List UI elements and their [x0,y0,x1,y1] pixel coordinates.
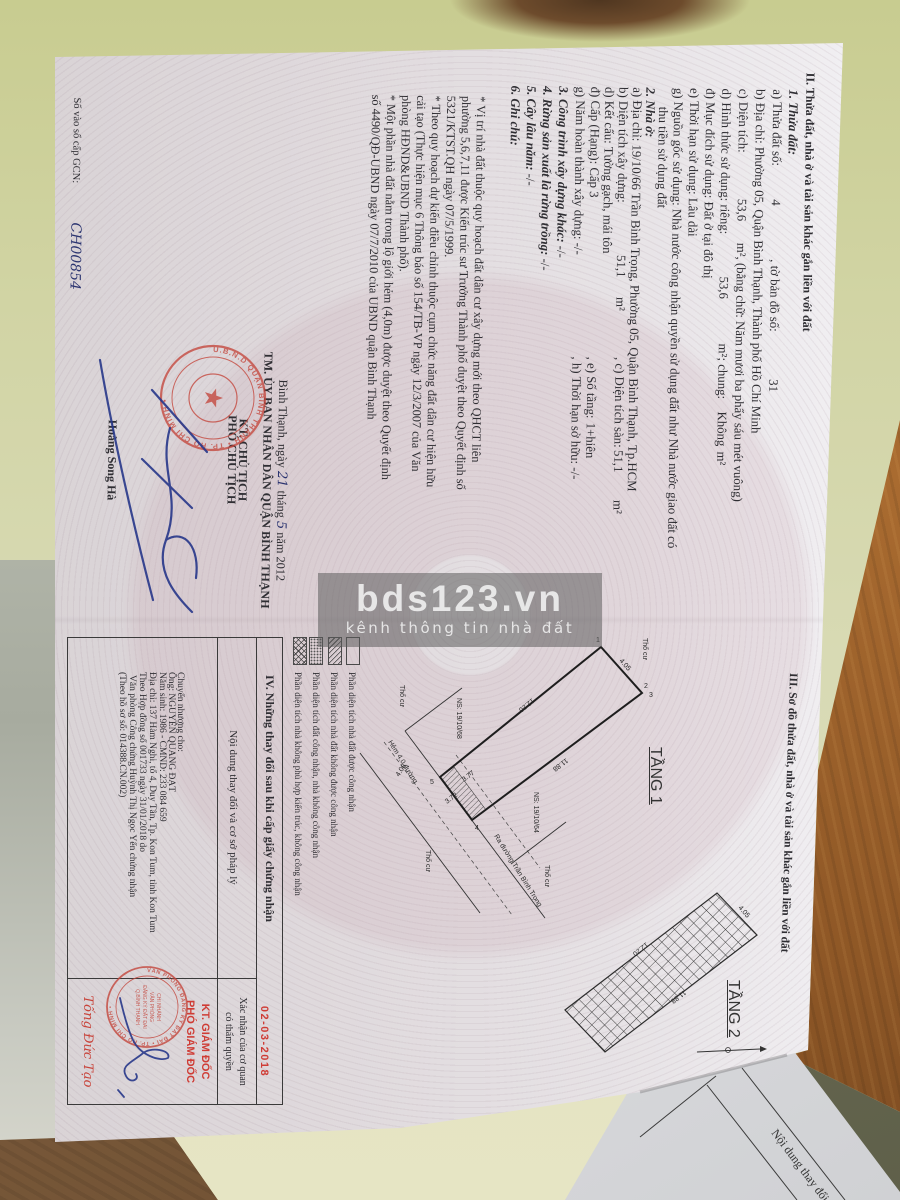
grade-row: đ) Cấp (Hạng): Cấp 3 [586,87,603,198]
issue-day: 21 [274,471,289,488]
planted-forest-value: -/- [538,258,552,270]
column-header-content: Nội dung thay đổi và cơ sở pháp lý [226,637,240,978]
house-address-label: a) Địa chỉ: [630,87,645,141]
origin-value: Nhà nước công nhận quyền sử dụng đất như… [665,209,684,549]
section-iv-title: IV. Những thay đổi sau khi cấp giấy chứn… [263,675,277,922]
purpose-label: đ) Mục đích sử dụng: [702,88,718,198]
perennial-trees-value: -/- [523,174,537,186]
completion-row: g) Năm hoàn thành xây dựng: -/- [570,86,587,255]
column-header-confirmation: Xác nhận của cơ quan [236,978,248,1105]
signer-position: PHÓ CHỦ TỊCH [223,410,239,510]
legend-label: Phần diện tích đất công nhận, nhà không … [310,672,321,858]
ownership-term-value: -/- [568,467,582,479]
perennial-trees-row: 5. Cây lâu năm: -/- [522,86,538,186]
grade-value: Cấp 3 [587,167,601,197]
change-entry-line: Chuyển nhượng cho: [175,672,185,752]
other-works-row: 3. Công trình xây dựng khác: -/- [553,86,570,258]
legend-label: Phần diện tích nhà không phù hợp kiến tr… [292,672,303,896]
origin-label: g) Nguồn gốc sử dụng: [670,88,686,206]
grade-label: đ) Cấp (Hạng): [587,87,602,165]
usage-private-unit: m² [715,343,730,357]
built-area-label: b) Diện tích xây dựng: [614,87,631,203]
perennial-trees-label: 5. Cây lâu năm: [523,86,538,171]
watermark-banner: bds123.vn kênh thông tin nhà đất [318,573,602,647]
other-works-value: -/- [554,246,568,258]
registry-label: Số vào sổ cấp GCN: [68,97,83,183]
area-in-words: , (bằng chữ: Năm mươi ba phẩy sáu mét vu… [731,256,748,501]
change-date-stamp: 02-03-2018 [257,978,271,1105]
ownership-term-row: , h) Thời hạn sở hữu: -/- [567,356,584,479]
floors-label: , e) Số tầng: [583,357,599,419]
legend-label: Phần diện tích nhà đất không được công n… [328,672,339,837]
confirm-on-behalf: KT. GIÁM ĐỐC [198,978,212,1105]
floors-value: 1+hiên [582,423,597,459]
structure-value: Tường gạch, mái tôn [600,147,615,254]
parcel-number: 4 [768,199,783,206]
section-ii-title: II. Thửa đất, nhà ở và tài sản khác gắn … [799,73,818,332]
parcel-number-label: a) Thửa đất số: [768,89,784,166]
structure-label: d) Kết cấu: [602,87,617,144]
planted-forest-label: 4. Rừng sản xuất là rừng trồng: [538,86,554,255]
change-entry-line: Địa chỉ: 137 Hàm Nghi, tổ 4, Duy Tân, Tp… [147,672,157,933]
watermark-tagline: kênh thông tin nhà đất [318,619,602,637]
confirm-signer-name: Tống Đức Tạo [78,978,96,1105]
land-address: Phường 05, Quận Bình Thạnh, Thành phố Hồ… [749,147,767,434]
land-heading: 1. Thửa đất: [784,89,800,155]
term-label: e) Thời hạn sử dụng: [686,88,701,195]
column-header-confirmation-cont: có thẩm quyền [222,978,234,1105]
floor-area-label: , c) Diện tích sàn: [610,357,626,448]
usage-shared-unit: m² [713,451,728,465]
section-iii-iv-page: III. Sơ đồ thửa đất, nhà ở và tài sản kh… [40,620,830,1140]
confirm-position: PHÓ GIÁM ĐỐC [183,978,197,1105]
registry-number: CH00854 [67,222,84,290]
usage-form-label: d) Hình thức sử dụng: riêng: [716,88,733,234]
section-iii-title: III. Sơ đồ thửa đất, nhà ở và tài sản kh… [777,673,800,953]
floor-area-unit: m² [609,500,624,514]
change-entry-line: Văn phòng Công chứng Huỳnh Thị Ngọc Yến … [127,675,137,897]
note-line: 5321/KTST.QH ngày 07/5/1999. [441,96,458,258]
signer-name: Hoàng Song Hà [103,410,119,510]
floor-area: 51,1 [610,450,625,473]
issue-month: 5 [273,521,288,529]
area-label: c) Diện tích: [734,89,750,153]
completion-value: -/- [571,243,585,255]
floor-2-label: TẦNG 2 [723,980,743,1038]
watermark-brand: bds123.vn [318,579,602,619]
area-unit: m² [734,243,748,257]
built-area-unit: m² [612,297,627,311]
change-entry-line: Ông: NGUYỄN QUANG ĐẠT [166,672,176,792]
issue-year: năm 2012 [273,532,288,581]
issue-place: Bình Thạnh, ngày [275,380,290,468]
land-address-label: b) Địa chỉ: [753,89,768,144]
usage-shared-label: ; chung: [714,357,730,399]
built-area: 51,1 [613,255,628,278]
legend-swatch-nonconforming [293,637,307,665]
purpose-value: Đất ở tại đô thị [701,201,716,278]
change-entry-line: Theo Hợp đồng số 001733 ngày 31/01/2018 … [137,672,147,852]
area-unit-row: m², (bằng chữ: Năm mươi ba phẩy sáu mét … [730,243,749,502]
change-entry-line: (Theo hồ sơ số: 014388.CN.002) [117,672,127,797]
floor-1-label: TẦNG 1 [645,747,665,805]
change-entry-line: Năm sinh: 1986 - CMND: 233 084 659 [157,672,167,822]
usage-shared: Không [713,411,728,446]
map-sheet-number: 31 [765,379,780,392]
section-ii-page: II. Thửa đất, nhà ở và tài sản khác gắn … [33,34,831,645]
issue-month-label: tháng [274,490,288,518]
map-sheet-label: , tờ bản đồ số: [766,259,782,332]
ownership-term-label: , h) Thời hạn sở hữu: [568,356,584,464]
other-works-label: 3. Công trình xây dựng khác: [554,86,570,242]
notes-heading: 6. Ghi chú: [507,85,523,145]
note-line: phòng HĐND&UBND Thành phố). [396,95,413,272]
table-row-divider [217,637,218,1105]
area-value: 53,6 [734,199,749,222]
legend-label: Phần diện tích nhà đất được công nhận [346,672,357,812]
purpose-row: đ) Mục đích sử dụng: Đất ở tại đô thị [700,88,718,279]
term-value: Lâu dài [685,198,700,237]
term-row: e) Thời hạn sử dụng: Lâu dài [684,88,701,237]
completion-label: g) Năm hoàn thành xây dựng: [571,86,587,239]
usage-private: 53,6 [715,276,730,299]
planted-forest-row: 4. Rừng sản xuất là rừng trồng: -/- [537,86,555,271]
